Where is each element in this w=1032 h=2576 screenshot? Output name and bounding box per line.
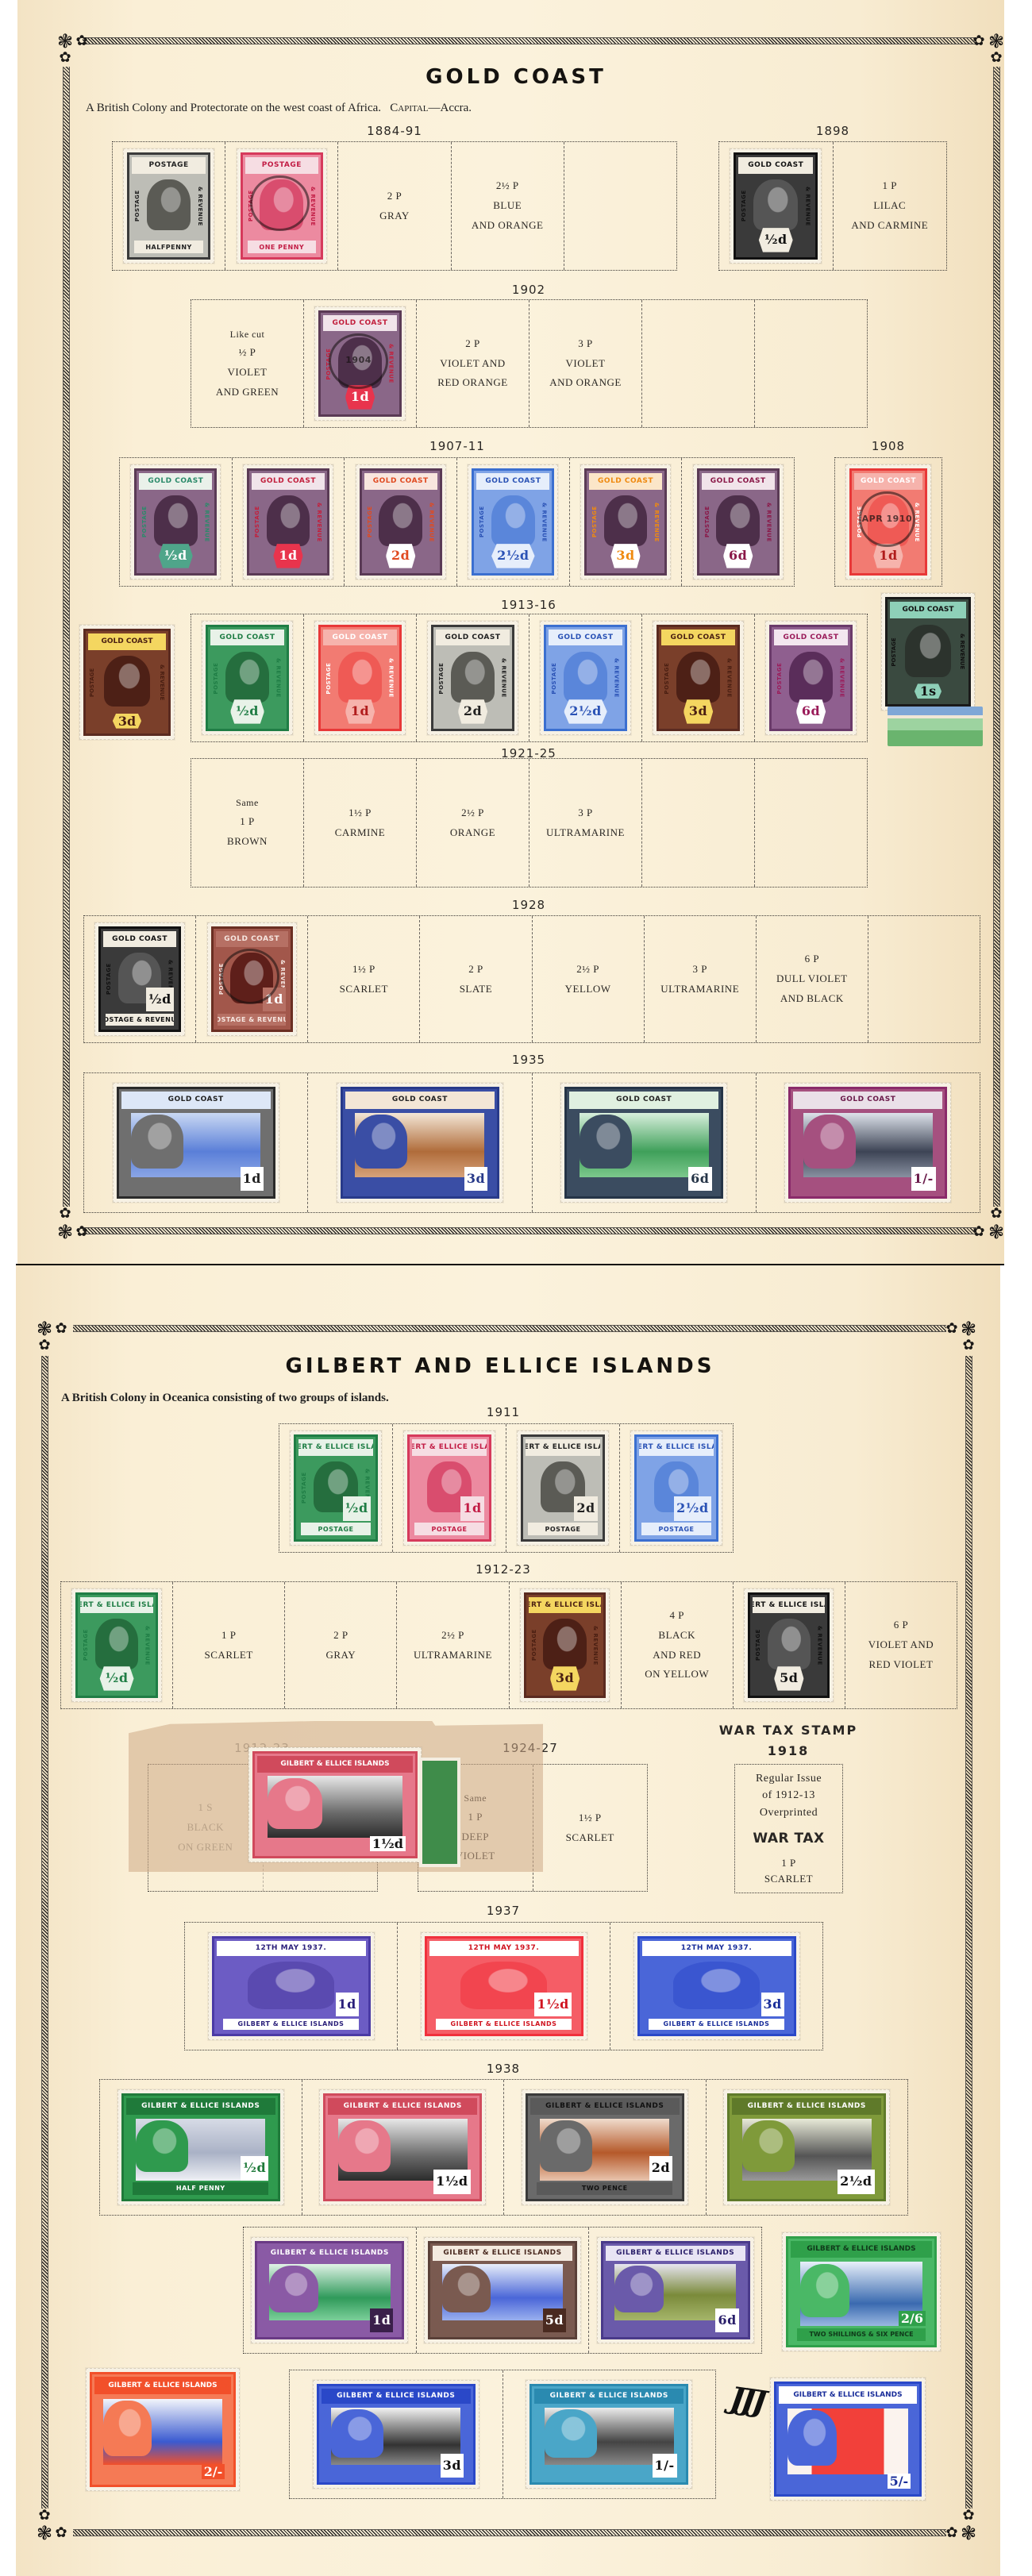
stamp-slot-filled[interactable]: GOLD COAST6d — [532, 1073, 756, 1212]
stamp-side-text: POSTAGE — [891, 625, 899, 680]
stamp-denomination: 1/- — [653, 2454, 677, 2478]
stamp-design: GILBERT & ELLICE ISLANDSPOSTAGE& REVENUE… — [75, 1592, 157, 1698]
stamp-side-text: & REVENUE — [614, 652, 622, 705]
stamp-1d[interactable]: GOLD COASTPOSTAGE& REVENUE1d — [243, 464, 333, 580]
stamp-grid-1908: GOLD COASTPOSTAGE& REVENUE1dAPR 1910 — [834, 457, 942, 587]
stamp-slot-empty[interactable]: 4 PBLACKAND REDON YELLOW — [621, 1582, 733, 1708]
stamp-country-name: GOLD COAST — [323, 315, 396, 331]
stamp-slot-filled[interactable]: GOLD COASTPOSTAGE& REVENUE½d — [191, 614, 303, 741]
stamp-denomination: 2½d — [491, 544, 535, 568]
stamp-slot-filled[interactable]: GILBERT & ELLICE ISLANDSPOSTAGE1d — [392, 1424, 506, 1552]
stamp-slot-empty[interactable]: 2½ PYELLOW — [532, 916, 644, 1042]
stamp-slot-empty[interactable]: 2 PVIOLET ANDRED ORANGE — [416, 300, 529, 427]
stamp-slot-empty[interactable]: 3 PULTRAMARINE — [529, 759, 641, 887]
stamp-1913-16-extra-1s[interactable]: GOLD COASTPOSTAGE& REVENUE1s — [881, 593, 975, 710]
stamp-side-text: POSTAGE — [477, 495, 485, 549]
war-tax-heading: WAR TAX STAMP — [719, 1723, 857, 1738]
stamp-country-name: GILBERT & ELLICE ISLANDS — [732, 2098, 881, 2115]
stamp-1-d[interactable]: 12TH MAY 1937.GILBERT & ELLICE ISLANDS1½… — [421, 1932, 587, 2040]
stamp-design: POSTAGEPOSTAGE& REVENUEONE PENNY — [241, 152, 323, 260]
stamp-denomination: 2d — [649, 2156, 672, 2180]
stamp-slot-filled[interactable]: GILBERT & ELLICE ISLANDS1½d — [302, 2080, 504, 2215]
stamp-3d[interactable]: GOLD COASTPOSTAGE& REVENUE3d — [653, 621, 743, 735]
stamp-denomination: 1d — [873, 544, 903, 568]
slot-description: RED VIOLET — [868, 1655, 933, 1675]
stamp-slot-empty[interactable] — [641, 759, 754, 887]
stamp-3d[interactable]: 12TH MAY 1937.GILBERT & ELLICE ISLANDS3d — [633, 1932, 800, 2040]
stamp-side-text: & REVENUE — [592, 1619, 600, 1671]
stamp-6d[interactable]: GOLD COASTPOSTAGE& REVENUE6d — [693, 464, 784, 580]
stamp-footer-text: POSTAGE — [528, 1523, 597, 1534]
stamp-country-name: 12TH MAY 1937. — [217, 1941, 366, 1956]
stamp-country-name: GOLD COAST — [364, 473, 437, 490]
stamp--d[interactable]: GOLD COASTPOSTAGE& REVENUE½d — [130, 464, 221, 580]
stamp-1-[interactable]: GOLD COAST1/- — [784, 1083, 951, 1203]
slot-description: BLUE — [493, 196, 522, 216]
stamp-country-name: GOLD COAST — [476, 473, 549, 490]
slot-description: 3 P — [578, 803, 592, 823]
flower-ornament-icon: ✿ — [54, 2526, 68, 2540]
stamp-side-text: & REVENUE — [197, 179, 205, 233]
stamp-2d[interactable]: GOLD COASTPOSTAGE& REVENUE2d — [427, 621, 518, 735]
stamp-slot-empty[interactable] — [641, 300, 754, 427]
slot-description: SCARLET — [566, 1828, 614, 1848]
stamp-portrait — [716, 495, 760, 547]
stamp-design: GILBERT & ELLICE ISLANDS6d — [601, 2241, 750, 2339]
stamp-side-text: & REVENUE — [501, 652, 509, 705]
stamp-portrait — [442, 2266, 491, 2312]
slot-description: 1½ P — [348, 803, 372, 823]
stamp-country-name: GILBERT & ELLICE ISLANDS — [639, 1439, 713, 1456]
stamp-1938-5s[interactable]: GILBERT & ELLICE ISLANDS5/- — [770, 2378, 926, 2501]
stamp-design: GOLD COASTPOSTAGE& REVENUE2d — [360, 468, 442, 576]
stamp-slot-empty[interactable]: 2 PGRAY — [337, 142, 450, 270]
slot-description: VIOLET — [228, 363, 268, 383]
stamp-design: GOLD COASTPOSTAGE& REVENUE½d — [134, 468, 217, 576]
stamp-side-text: POSTAGE — [703, 495, 710, 549]
slot-description: ORANGE — [450, 823, 495, 843]
stamp-design: GOLD COAST6d — [564, 1087, 723, 1199]
slot-description: ULTRAMARINE — [660, 980, 739, 999]
stamp--d[interactable]: GILBERT & ELLICE ISLANDSPOSTAGE& REVENUE… — [71, 1588, 161, 1702]
stamp-portrait — [136, 2120, 188, 2172]
slot-description: 1 P — [781, 1855, 795, 1871]
stamp-slot-filled[interactable]: GOLD COASTPOSTAGE& REVENUEPOSTAGE & REVE… — [195, 916, 307, 1042]
stamp-denomination: 2½d — [838, 2170, 875, 2193]
stamp-denomination: 1d — [460, 1496, 483, 1520]
slot-description: AND CARMINE — [851, 216, 928, 236]
stamp-slot-filled[interactable]: GOLD COASTPOSTAGE& REVENUE½d — [719, 142, 833, 270]
stamp-country-name: GILBERT & ELLICE ISLANDS — [260, 2246, 399, 2261]
stamp-design: GOLD COASTPOSTAGE& REVENUE1d — [247, 468, 329, 576]
stamp-design: 12TH MAY 1937.GILBERT & ELLICE ISLANDS1½… — [425, 1936, 583, 2036]
stamp-denomination: 6d — [723, 544, 753, 568]
stamp-2d[interactable]: GILBERT & ELLICE ISLANDSPOSTAGE2d — [517, 1430, 608, 1546]
stamp-footer-text: POSTAGE & REVENUE — [106, 1014, 174, 1026]
stamp-side-text: & REVENUE — [429, 495, 437, 549]
stamp-slot-filled[interactable]: GILBERT & ELLICE ISLANDSTWO PENCE2d — [503, 2080, 706, 2215]
stamp-slot-filled[interactable]: GILBERT & ELLICE ISLANDSPOSTAGE& REVENUE… — [509, 1582, 621, 1708]
section-year: 1913-16 — [501, 598, 556, 612]
stamp-denomination: 2d — [458, 699, 487, 723]
stamp-slot-filled[interactable]: GOLD COASTPOSTAGE& REVENUE1d — [232, 458, 345, 586]
stamp-side-text: & REVENUE — [653, 495, 661, 549]
section-year: 1902 — [512, 283, 545, 297]
stamp-denomination: 5d — [774, 1666, 803, 1690]
stamp-slot-empty[interactable]: Same1 PBROWN — [191, 759, 303, 887]
stamp-slot-filled[interactable]: GOLD COASTPOSTAGE& REVENUE½d — [120, 458, 232, 586]
stamp-denomination: 1d — [273, 544, 302, 568]
stamp-slot-filled[interactable]: GOLD COAST3d — [307, 1073, 531, 1212]
slot-description: VIOLET — [566, 354, 606, 374]
stamp-denomination: 5d — [543, 2308, 566, 2332]
stamp-design: GOLD COASTPOSTAGE& REVENUEPOSTAGE & REVE… — [98, 926, 180, 1032]
stamp-slot-empty[interactable]: 2 PGRAY — [284, 1582, 396, 1708]
stamp-slot-filled[interactable]: 12TH MAY 1937.GILBERT & ELLICE ISLANDS3d — [610, 1923, 822, 2050]
stamp-denomination: 1½d — [370, 1836, 406, 1851]
stamp-denomination: ½d — [100, 1666, 134, 1690]
stamp-slot-empty[interactable]: 1½ PSCARLET — [533, 1765, 648, 1891]
corner-ornament-icon: ❃ — [987, 1223, 1006, 1242]
stamp-denomination: 1d — [241, 1167, 264, 1191]
stamp-denomination: ½d — [146, 988, 174, 1011]
stamp-side-text: POSTAGE — [437, 652, 445, 705]
stamp-country-name: GILBERT & ELLICE ISLANDS — [126, 2098, 275, 2115]
stamp--d[interactable]: GOLD COASTPOSTAGE& REVENUE½d — [202, 621, 292, 735]
slot-description: of 1912-13 — [762, 1787, 815, 1804]
stamp-portrait — [338, 652, 382, 703]
stamp-design: GOLD COASTPOSTAGE& REVENUE3d — [657, 625, 739, 731]
stamp-portrait — [338, 2120, 391, 2172]
stamp-slot-empty[interactable]: 2½ PORANGE — [416, 759, 529, 887]
stamp-side-text: & REVENUE — [766, 495, 774, 549]
stamp-slot-filled[interactable]: GILBERT & ELLICE ISLANDSPOSTAGE& REVENUE… — [733, 1582, 845, 1708]
flower-ornament-icon: ✿ — [989, 51, 1003, 65]
stamp-portrait — [580, 1115, 632, 1169]
stamp-slot-filled[interactable]: GILBERT & ELLICE ISLANDSPOSTAGE& REVENUE… — [279, 1424, 392, 1552]
stamp-1d[interactable]: GOLD COAST1d — [113, 1083, 279, 1203]
stamp-slot-filled[interactable]: GOLD COASTPOSTAGE& REVENUEPOSTAGE & REVE… — [84, 916, 195, 1042]
slot-description: ½ P — [239, 343, 256, 363]
stamp-portrait — [268, 1778, 322, 1830]
stamp-slot-filled[interactable]: POSTAGEPOSTAGE& REVENUEONE PENNY — [225, 142, 337, 270]
stamp-2-d[interactable]: GOLD COASTPOSTAGE& REVENUE2½d — [468, 464, 558, 580]
stamp-slot-filled[interactable]: GILBERT & ELLICE ISLANDSPOSTAGE2d — [506, 1424, 619, 1552]
stamp-slot-filled[interactable]: GILBERT & ELLICE ISLANDS6d — [588, 2228, 761, 2353]
stamp-design: GILBERT & ELLICE ISLANDS2/- — [90, 2372, 236, 2487]
stamp-denomination: 3d — [550, 1666, 580, 1690]
stamp-1938-2s6d[interactable]: GILBERT & ELLICE ISLANDSTWO SHILLINGS & … — [782, 2232, 941, 2351]
stamp-footer-text: HALF PENNY — [133, 2182, 268, 2195]
slot-description: 1 P — [883, 176, 897, 196]
flower-ornament-icon: ✿ — [37, 1338, 52, 1353]
stamp-country-name: GILBERT & ELLICE ISLANDS — [328, 2098, 477, 2115]
stamp-3d[interactable]: GILBERT & ELLICE ISLANDSPOSTAGE& REVENUE… — [520, 1588, 610, 1702]
stamp-grid-1937: 12TH MAY 1937.GILBERT & ELLICE ISLANDS1d… — [184, 1922, 823, 2050]
slot-description: VIOLET AND — [868, 1635, 934, 1655]
stamp-country-name: 12TH MAY 1937. — [429, 1941, 579, 1956]
stamp-side-text: & REVENUE — [310, 179, 318, 233]
stamp-portrait — [225, 652, 269, 703]
stamp-slot-filled[interactable]: GOLD COASTPOSTAGE& REVENUE2½d — [529, 614, 641, 741]
stamp-portrait — [905, 625, 950, 677]
stamp-side-text: POSTAGE — [133, 179, 141, 233]
stamp-slot-empty[interactable]: 2½ PULTRAMARINE — [396, 1582, 508, 1708]
stamp-portrait — [269, 2266, 318, 2312]
stamp-footer-text: GILBERT & ELLICE ISLANDS — [223, 2019, 359, 2030]
stamp-one-penny[interactable]: POSTAGEPOSTAGE& REVENUEONE PENNY — [237, 148, 327, 264]
stamp-slot-filled[interactable]: GOLD COASTPOSTAGE& REVENUE1d — [303, 614, 416, 741]
stamp-slot-empty[interactable]: 1 PSCARLET — [172, 1582, 284, 1708]
stamp-6d[interactable]: GILBERT & ELLICE ISLANDS6d — [597, 2237, 754, 2343]
slot-description: 1½ P — [352, 960, 375, 980]
stamp-denomination: 1d — [336, 1993, 359, 2016]
stamp-slot-filled[interactable]: GOLD COASTPOSTAGE& REVENUE3d — [569, 458, 682, 586]
stamp-slot-empty[interactable]: 1 PLILACAND CARMINE — [833, 142, 947, 270]
stamp-slot-filled[interactable]: POSTAGEPOSTAGE& REVENUEHALFPENNY — [113, 142, 225, 270]
stamp-design: GOLD COAST1/- — [788, 1087, 947, 1199]
stamp-slot-filled[interactable]: 12TH MAY 1937.GILBERT & ELLICE ISLANDS1½… — [397, 1923, 610, 2050]
stamp-side-text: & REVENUE — [804, 179, 812, 233]
stamp-1913-16-extra-3d[interactable]: GOLD COASTPOSTAGE& REVENUE3d — [79, 625, 175, 740]
section-year: 1928 — [512, 898, 545, 912]
stamp-country-name: GOLD COAST — [793, 1092, 942, 1109]
slot-description: GRAY — [325, 1646, 356, 1665]
slot-description: 1½ P — [579, 1808, 602, 1828]
stamp-design: GOLD COASTPOSTAGE& REVENUEPOSTAGE & REVE… — [211, 926, 293, 1032]
stamp-side-text: & REVENUE — [203, 495, 211, 549]
stamp-country-name: POSTAGE — [245, 157, 318, 174]
slot-description: 4 P — [669, 1606, 684, 1626]
stamp-slot-empty[interactable]: 2 PSLATE — [419, 916, 531, 1042]
handwritten-mark: JJJ — [728, 2379, 766, 2419]
stamp-6d[interactable]: GOLD COAST6d — [560, 1083, 727, 1203]
stamp-slot-filled[interactable]: GILBERT & ELLICE ISLANDS1d — [244, 2228, 416, 2353]
stamp-1-d[interactable]: GILBERT & ELLICE ISLANDS1½d — [319, 2089, 486, 2205]
page-title: GILBERT AND ELLICE ISLANDS — [0, 1354, 1016, 1378]
stamp-denomination: 1d — [345, 699, 375, 723]
stamp-slot-filled[interactable]: GILBERT & ELLICE ISLANDS3d — [290, 2370, 503, 2498]
stamp-country-name: GOLD COAST — [702, 473, 775, 490]
postmark-cancel: 1904 — [329, 333, 388, 389]
stamp-slot-empty[interactable]: 2½ PBLUEAND ORANGE — [451, 142, 564, 270]
stamp-portrait — [491, 495, 535, 547]
stamp-slot-filled[interactable]: GOLD COASTPOSTAGE& REVENUE2½d — [456, 458, 569, 586]
stamp-design: GILBERT & ELLICE ISLANDS1½d — [252, 1751, 418, 1858]
stamp-slot-filled[interactable]: GOLD COASTPOSTAGE& REVENUE1d1904 — [303, 300, 416, 427]
stamp-3d[interactable]: GOLD COASTPOSTAGE& REVENUE3d — [580, 464, 671, 580]
section-year: 1918 — [768, 1743, 810, 1758]
stamp--d[interactable]: GILBERT & ELLICE ISLANDSHALF PENNY½d — [117, 2089, 284, 2205]
stamp-side-text: POSTAGE — [140, 495, 148, 549]
stamp-footer-text: GILBERT & ELLICE ISLANDS — [649, 2019, 784, 2030]
stamp-grid-1884-91: POSTAGEPOSTAGE& REVENUEHALFPENNYPOSTAGEP… — [112, 141, 677, 271]
stamp-halfpenny[interactable]: POSTAGEPOSTAGE& REVENUEHALFPENNY — [123, 148, 214, 264]
stamp-grid-1921-25: Same1 PBROWN1½ PCARMINE2½ PORANGE3 PULTR… — [191, 758, 868, 888]
stamp-3d[interactable]: GILBERT & ELLICE ISLANDS3d — [313, 2380, 479, 2489]
stamp-country-name: GOLD COAST — [121, 1092, 271, 1109]
slot-description: AND RED — [653, 1646, 701, 1665]
section-year: 1907-11 — [429, 439, 485, 453]
stamp-portrait — [545, 2409, 597, 2458]
stamp-design: GILBERT & ELLICE ISLANDS2½d — [727, 2093, 886, 2201]
stamp-slot-filled[interactable]: GILBERT & ELLICE ISLANDSHALF PENNY½d — [100, 2080, 302, 2215]
stamp--d[interactable]: GILBERT & ELLICE ISLANDSPOSTAGE& REVENUE… — [290, 1430, 381, 1546]
stamp-slot-empty[interactable]: 6 PDULL VIOLETAND BLACK — [756, 916, 868, 1042]
stamp-slot-filled[interactable]: GOLD COAST1d — [84, 1073, 307, 1212]
stamp-5d[interactable]: GILBERT & ELLICE ISLANDS5d — [424, 2237, 581, 2343]
stamp-2-d[interactable]: GILBERT & ELLICE ISLANDS2½d — [723, 2089, 890, 2205]
stamp-slot-filled[interactable]: GILBERT & ELLICE ISLANDS1/- — [503, 2370, 716, 2498]
corner-ornament-icon: ❃ — [35, 2524, 54, 2543]
stamp--d[interactable]: GOLD COASTPOSTAGE& REVENUEPOSTAGE & REVE… — [94, 922, 184, 1036]
stamp-slot-filled[interactable]: GOLD COASTPOSTAGE& REVENUE1dAPR 1910 — [835, 458, 942, 586]
stamp-slot-empty[interactable]: Like cut½ PVIOLETAND GREEN — [191, 300, 303, 427]
stamp-portrait — [131, 1115, 183, 1169]
flower-ornament-icon: ✿ — [961, 1338, 976, 1353]
slot-description: YELLOW — [565, 980, 611, 999]
stamp-side-text: POSTAGE — [662, 652, 670, 705]
slot-description: SCARLET — [340, 980, 388, 999]
slot-description: AND ORANGE — [472, 216, 544, 236]
stamp-slot-filled[interactable]: GILBERT & ELLICE ISLANDSPOSTAGE& REVENUE… — [61, 1582, 172, 1708]
stamp-design: GOLD COASTPOSTAGE& REVENUE2d — [431, 625, 514, 731]
stamp-side-text: & REVENUE — [144, 1619, 152, 1671]
stamp-slot-filled[interactable]: GOLD COASTPOSTAGE& REVENUE6d — [754, 614, 867, 741]
stamp-1d[interactable]: GOLD COASTPOSTAGE& REVENUEPOSTAGE & REVE… — [207, 922, 297, 1036]
stamp--d[interactable]: GOLD COASTPOSTAGE& REVENUE½d — [730, 148, 822, 264]
stamp-slot-filled[interactable]: GOLD COASTPOSTAGE& REVENUE2d — [416, 614, 529, 741]
stamp-country-name: GILBERT & ELLICE ISLANDS — [257, 1756, 413, 1773]
stamp-denomination: 2½d — [674, 1496, 711, 1520]
stamp-denomination: 3d — [113, 714, 141, 729]
stamp-3d[interactable]: GOLD COAST3d — [337, 1083, 503, 1203]
stamp-2-d[interactable]: GILBERT & ELLICE ISLANDSPOSTAGE2½d — [630, 1430, 722, 1546]
stamp-6d[interactable]: GOLD COASTPOSTAGE& REVENUE6d — [765, 621, 856, 735]
stamp-footer-text: POSTAGE & REVENUE — [218, 1014, 286, 1026]
stamp-slot-empty[interactable]: 3 PVIOLETAND ORANGE — [529, 300, 641, 427]
stamp-country-name: GILBERT & ELLICE ISLANDS — [433, 2246, 572, 2261]
stamp-slot-filled[interactable]: 12TH MAY 1937.GILBERT & ELLICE ISLANDS1d — [185, 1923, 397, 2050]
stamp-design: GILBERT & ELLICE ISLANDSPOSTAGE2d — [521, 1434, 604, 1542]
stamp-denomination: 1½d — [534, 1993, 572, 2016]
stamp-1d[interactable]: GOLD COASTPOSTAGE& REVENUE1d1904 — [314, 306, 405, 421]
page-subtitle: A British Colony and Protectorate on the… — [86, 102, 472, 115]
stamp-grid-1912-23: GILBERT & ELLICE ISLANDSPOSTAGE& REVENUE… — [60, 1581, 957, 1709]
stamp-slot-empty[interactable]: 3 PULTRAMARINE — [644, 916, 756, 1042]
stamp-design: GILBERT & ELLICE ISLANDSHALF PENNY½d — [121, 2093, 280, 2201]
stamp-slot-filled[interactable]: GOLD COASTPOSTAGE& REVENUE3d — [641, 614, 754, 741]
stamp-portrait — [95, 1619, 138, 1669]
flower-ornament-icon: ✿ — [37, 2509, 52, 2523]
stamp-side-text: & REVENUE — [275, 652, 283, 705]
stamp-slot-empty[interactable] — [754, 300, 867, 427]
stamp-slot-filled[interactable]: GILBERT & ELLICE ISLANDS5d — [416, 2228, 589, 2353]
stamp-2d[interactable]: GILBERT & ELLICE ISLANDSTWO PENCE2d — [522, 2089, 688, 2205]
corner-ornament-icon: ❃ — [35, 1319, 54, 1338]
stamp-design: GOLD COASTPOSTAGE& REVENUE1s — [885, 597, 971, 707]
stamp-portrait — [104, 656, 150, 707]
stamp-slot-filled[interactable]: GOLD COASTPOSTAGE& REVENUE2d — [344, 458, 456, 586]
stamp-grid-1928: GOLD COASTPOSTAGE& REVENUEPOSTAGE & REVE… — [83, 915, 980, 1043]
stamp-denomination: 3d — [464, 1167, 487, 1191]
slot-description: Regular Issue — [756, 1770, 822, 1788]
slot-description: RED ORANGE — [437, 373, 507, 393]
stamp-denomination: ½d — [159, 544, 193, 568]
stamp-design: POSTAGEPOSTAGE& REVENUEHALFPENNY — [127, 152, 210, 260]
stamp-side-text: POSTAGE — [739, 179, 747, 233]
stamp-footer-text: POSTAGE — [414, 1523, 483, 1534]
stamp-portrait — [673, 1962, 760, 2009]
stamp-slot-empty[interactable]: 1½ PSCARLET — [307, 916, 419, 1042]
slot-description: SCARLET — [205, 1646, 253, 1665]
stamp-slot-empty[interactable] — [564, 142, 676, 270]
stamp-country-name: GILBERT & ELLICE ISLANDS — [779, 2386, 917, 2404]
flower-ornament-icon: ✿ — [972, 34, 986, 48]
stamp-slot-filled[interactable]: GOLD COASTPOSTAGE& REVENUE6d — [681, 458, 794, 586]
stamp-footer-text: TWO PENCE — [537, 2182, 672, 2195]
slot-description: ULTRAMARINE — [414, 1646, 492, 1665]
stamp-slot-empty[interactable]: Regular Issueof 1912-13OverprintedWAR TA… — [735, 1765, 842, 1893]
slot-description: BROWN — [227, 832, 268, 852]
stamp-slot-empty[interactable] — [754, 759, 867, 887]
stamp-side-text: POSTAGE — [753, 1619, 761, 1671]
stamp-5d[interactable]: GILBERT & ELLICE ISLANDSPOSTAGE& REVENUE… — [744, 1588, 834, 1702]
stamp-1d[interactable]: GOLD COASTPOSTAGE& REVENUE1dAPR 1910 — [845, 464, 931, 580]
stamp-grid-1935: GOLD COAST1dGOLD COAST3dGOLD COAST6dGOLD… — [83, 1072, 980, 1213]
stamp-denomination: 2½d — [564, 699, 607, 723]
stamp-2-d[interactable]: GOLD COASTPOSTAGE& REVENUE2½d — [540, 621, 630, 735]
stamp-country-name: GOLD COAST — [589, 473, 662, 490]
stamp-portrait — [331, 2409, 383, 2458]
stamp-slot-filled[interactable]: GILBERT & ELLICE ISLANDS2½d — [706, 2080, 908, 2215]
stamp-2d[interactable]: GOLD COASTPOSTAGE& REVENUE2d — [356, 464, 446, 580]
stamp-country-name: 12TH MAY 1937. — [642, 1941, 791, 1956]
stamp-1d[interactable]: GOLD COASTPOSTAGE& REVENUE1d — [314, 621, 405, 735]
stamp-country-name: GILBERT & ELLICE ISLANDS — [791, 2241, 932, 2258]
stamp-country-name: GILBERT & ELLICE ISLANDS — [534, 2389, 684, 2404]
slot-description: 1 P — [240, 812, 254, 832]
stamp-slot-filled[interactable]: GOLD COAST1/- — [756, 1073, 980, 1212]
stamp-slot-filled[interactable]: GILBERT & ELLICE ISLANDSPOSTAGE2½d — [619, 1424, 733, 1552]
stamp-glassine-1-5d[interactable]: GILBERT & ELLICE ISLANDS1½d — [248, 1747, 422, 1862]
stamp-design: GILBERT & ELLICE ISLANDSPOSTAGE& REVENUE… — [748, 1592, 830, 1698]
slot-description: 2½ P — [441, 1626, 464, 1646]
stamp-design: GOLD COASTPOSTAGE& REVENUE3d — [83, 629, 171, 736]
stamp-side-text: & REVENUE — [839, 652, 847, 705]
stamp-slot-empty[interactable]: 6 PVIOLET ANDRED VIOLET — [845, 1582, 957, 1708]
stamp-1d[interactable]: GILBERT & ELLICE ISLANDSPOSTAGE1d — [403, 1430, 495, 1546]
stamp-1d[interactable]: GILBERT & ELLICE ISLANDS1d — [251, 2237, 408, 2343]
stamp-1-[interactable]: GILBERT & ELLICE ISLANDS1/- — [526, 2380, 692, 2489]
stamp-1938-2s[interactable]: GILBERT & ELLICE ISLANDS2/- — [86, 2368, 240, 2491]
stamp-design: GOLD COASTPOSTAGE& REVENUE2½d — [544, 625, 626, 731]
stamp-1d[interactable]: 12TH MAY 1937.GILBERT & ELLICE ISLANDS1d — [208, 1932, 375, 2040]
stamp-design: GOLD COASTPOSTAGE& REVENUE6d — [769, 625, 852, 731]
stamp-country-name: GOLD COAST — [210, 630, 283, 645]
stamp-grid-1913-16: GOLD COASTPOSTAGE& REVENUE½dGOLD COASTPO… — [191, 614, 868, 742]
stamp-slot-empty[interactable]: 1½ PCARMINE — [303, 759, 416, 887]
page-subtitle: A British Colony in Oceanica consisting … — [61, 1392, 389, 1405]
stamp-footer-text: GILBERT & ELLICE ISLANDS — [436, 2019, 572, 2030]
stamp-country-name: GOLD COAST — [569, 1092, 718, 1109]
stamp-slot-empty[interactable] — [868, 916, 980, 1042]
slot-description: 6 P — [805, 949, 819, 969]
slot-description: 2 P — [333, 1626, 348, 1646]
page-title: GOLD COAST — [0, 65, 1032, 89]
stamp-country-name: GILBERT & ELLICE ISLANDS — [80, 1597, 152, 1613]
stamp-design: GOLD COASTPOSTAGE& REVENUE1d — [318, 625, 401, 731]
